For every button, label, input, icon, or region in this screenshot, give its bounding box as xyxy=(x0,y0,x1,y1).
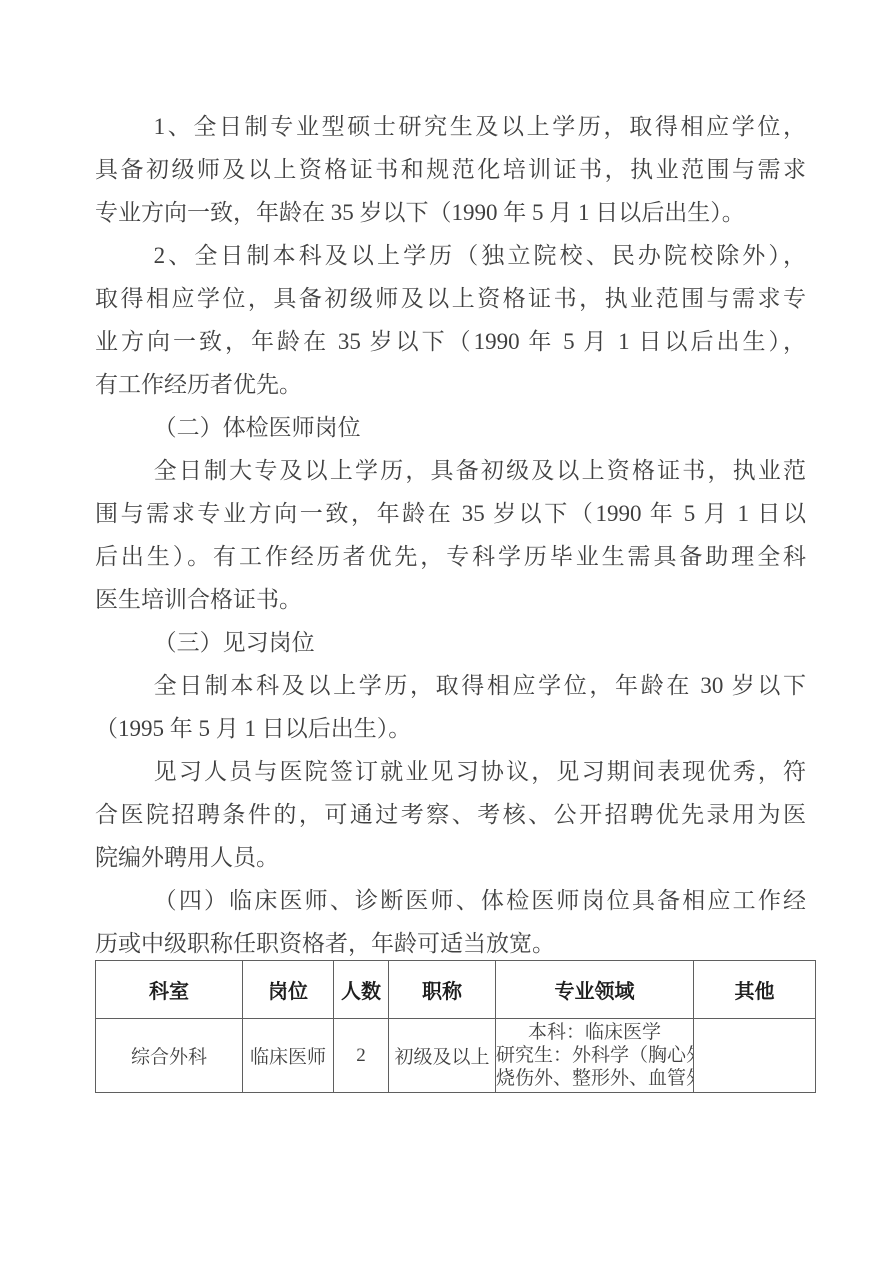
cell-other xyxy=(694,1019,816,1093)
paragraph-section-2-body: 全日制大专及以上学历，具备初级及以上资格证书，执业范 围与需求专业方向一致，年龄… xyxy=(95,449,806,621)
text-line: 历或中级职称任职资格者，年龄可适当放宽。 xyxy=(95,922,806,965)
text-line: 专业方向一致，年龄在 35 岁以下（1990 年 5 月 1 日以后出生）。 xyxy=(95,191,806,234)
table-header-title: 职称 xyxy=(389,961,496,1019)
field-line: 研究生：外科学（胸心外、 xyxy=(496,1044,693,1067)
paragraph-requirement-1: 1、全日制专业型硕士研究生及以上学历，取得相应学位， 具备初级师及以上资格证书和… xyxy=(95,105,806,234)
heading-section-2: （二）体检医师岗位 xyxy=(95,406,806,449)
cell-headcount: 2 xyxy=(334,1019,389,1093)
cell-field: 本科：临床医学 研究生：外科学（胸心外、 烧伤外、整形外、血管外） xyxy=(496,1019,694,1093)
field-line: 烧伤外、整形外、血管外） xyxy=(496,1067,693,1090)
text-line: 具备初级师及以上资格证书和规范化培训证书，执业范围与需求 xyxy=(95,148,806,191)
table-header-headcount: 人数 xyxy=(334,961,389,1019)
text-line: 医生培训合格证书。 xyxy=(95,578,806,621)
text-line: 院编外聘用人员。 xyxy=(95,836,806,879)
cell-position: 临床医师 xyxy=(243,1019,334,1093)
table-header-department: 科室 xyxy=(96,961,243,1019)
table-header-position: 岗位 xyxy=(243,961,334,1019)
text-line: 合医院招聘条件的，可通过考察、考核、公开招聘优先录用为医 xyxy=(95,793,806,836)
paragraph-section-3-body: 全日制本科及以上学历，取得相应学位，年龄在 30 岁以下 （1995 年 5 月… xyxy=(95,664,806,750)
cell-department: 综合外科 xyxy=(96,1019,243,1093)
paragraph-section-4: （四）临床医师、诊断医师、体检医师岗位具备相应工作经 历或中级职称任职资格者，年… xyxy=(95,879,806,965)
table-header-field: 专业领域 xyxy=(496,961,694,1019)
text-line: （四）临床医师、诊断医师、体检医师岗位具备相应工作经 xyxy=(95,879,806,922)
text-line: 业方向一致，年龄在 35 岁以下（1990 年 5 月 1 日以后出生）， xyxy=(95,320,806,363)
text-line: （1995 年 5 月 1 日以后出生）。 xyxy=(95,707,806,750)
table-header-other: 其他 xyxy=(694,961,816,1019)
text-line: 全日制大专及以上学历，具备初级及以上资格证书，执业范 xyxy=(95,449,806,492)
heading-section-3: （三）见习岗位 xyxy=(95,621,806,664)
text-line: 围与需求专业方向一致，年龄在 35 岁以下（1990 年 5 月 1 日以 xyxy=(95,492,806,535)
text-line: （二）体检医师岗位 xyxy=(95,406,806,449)
text-line: 后出生）。有工作经历者优先，专科学历毕业生需具备助理全科 xyxy=(95,535,806,578)
document-page: 1、全日制专业型硕士研究生及以上学历，取得相应学位， 具备初级师及以上资格证书和… xyxy=(0,0,892,1262)
field-line: 本科：临床医学 xyxy=(496,1021,693,1044)
text-line: 2、全日制本科及以上学历（独立院校、民办院校除外）， xyxy=(95,234,806,277)
text-line: 1、全日制专业型硕士研究生及以上学历，取得相应学位， xyxy=(95,105,806,148)
text-line: 全日制本科及以上学历，取得相应学位，年龄在 30 岁以下 xyxy=(95,664,806,707)
table-header-row: 科室 岗位 人数 职称 专业领域 其他 xyxy=(96,961,816,1019)
recruitment-table: 科室 岗位 人数 职称 专业领域 其他 综合外科 临床医师 2 初级及以上 本科… xyxy=(95,960,816,1093)
cell-title: 初级及以上 xyxy=(389,1019,496,1093)
text-block: 1、全日制专业型硕士研究生及以上学历，取得相应学位， 具备初级师及以上资格证书和… xyxy=(95,105,806,965)
paragraph-intern-policy: 见习人员与医院签订就业见习协议，见习期间表现优秀，符 合医院招聘条件的，可通过考… xyxy=(95,750,806,879)
text-line: 见习人员与医院签订就业见习协议，见习期间表现优秀，符 xyxy=(95,750,806,793)
paragraph-requirement-2: 2、全日制本科及以上学历（独立院校、民办院校除外）， 取得相应学位，具备初级师及… xyxy=(95,234,806,406)
text-line: （三）见习岗位 xyxy=(95,621,806,664)
text-line: 取得相应学位，具备初级师及以上资格证书，执业范围与需求专 xyxy=(95,277,806,320)
table-row: 综合外科 临床医师 2 初级及以上 本科：临床医学 研究生：外科学（胸心外、 烧… xyxy=(96,1019,816,1093)
text-line: 有工作经历者优先。 xyxy=(95,363,806,406)
